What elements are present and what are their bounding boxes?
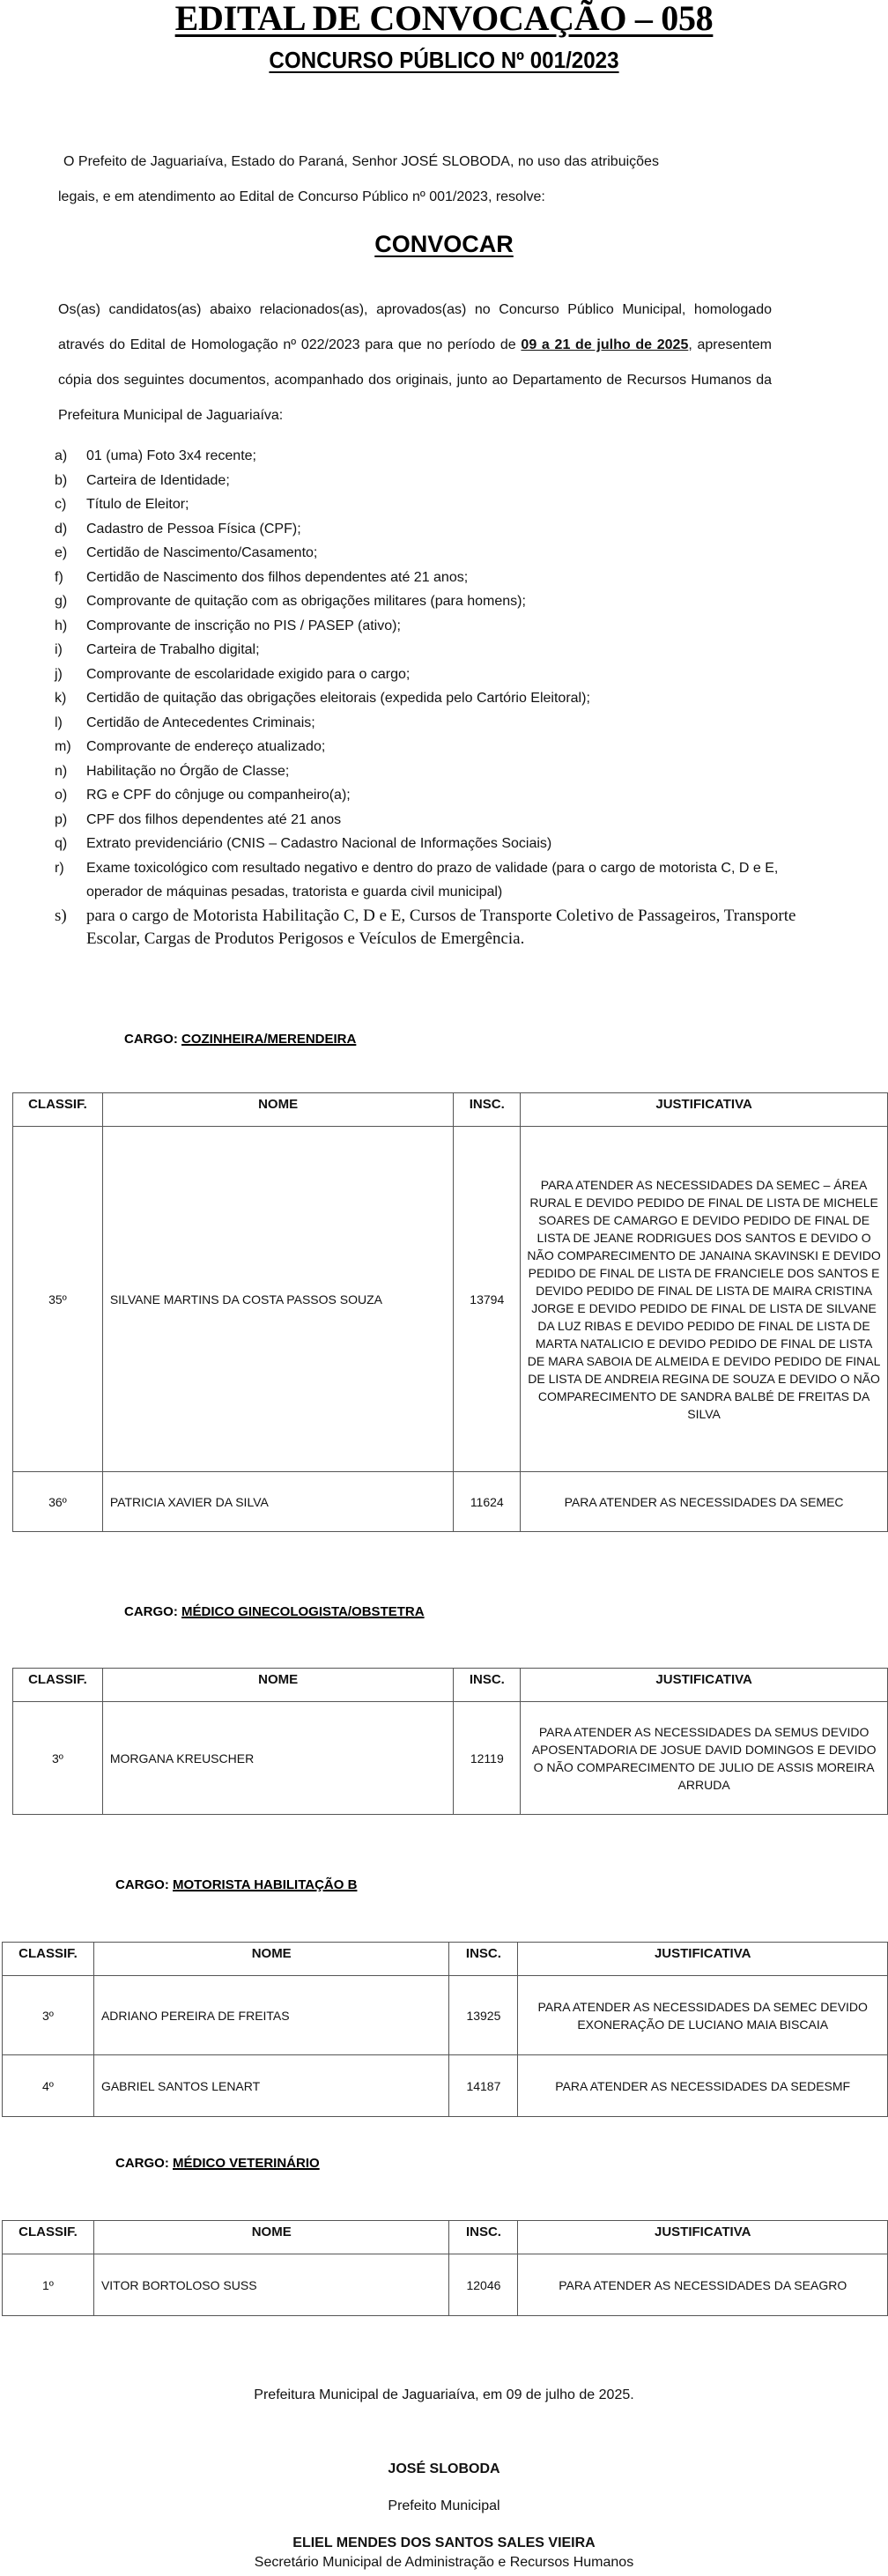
document-item-text: CPF dos filhos dependentes até 21 anos <box>86 808 830 833</box>
column-header-insc: INSC. <box>449 1943 518 1976</box>
document-item-letter: j) <box>55 663 86 687</box>
registration-cell: 12119 <box>454 1702 521 1815</box>
cargo-name: MÉDICO GINECOLOGISTA/OBSTETRA <box>181 1604 425 1619</box>
signer-2-role: Secretário Municipal de Administração e … <box>0 2555 888 2571</box>
classification-cell: 36º <box>13 1472 103 1532</box>
classification-cell: 1º <box>3 2254 94 2316</box>
column-header-justificativa: JUSTIFICATIVA <box>521 1093 888 1127</box>
column-header-nome: NOME <box>102 1093 454 1127</box>
name-cell: SILVANE MARTINS DA COSTA PASSOS SOUZA <box>102 1127 454 1472</box>
document-item-letter: d) <box>55 517 86 542</box>
convocar-heading: CONVOCAR <box>0 229 888 259</box>
document-item: d)Cadastro de Pessoa Física (CPF); <box>55 517 830 542</box>
required-documents-list: a)01 (uma) Foto 3x4 recente;b)Carteira d… <box>55 444 830 951</box>
column-header-classif: CLASSIF. <box>3 2221 94 2254</box>
document-item: h)Comprovante de inscrição no PIS / PASE… <box>55 614 830 639</box>
document-item: m)Comprovante de endereço atualizado; <box>55 735 830 759</box>
justification-cell: PARA ATENDER AS NECESSIDADES DA SEMEC <box>521 1472 888 1532</box>
column-header-nome: NOME <box>102 1669 454 1702</box>
column-header-insc: INSC. <box>449 2221 518 2254</box>
table-row: 1ºVITOR BORTOLOSO SUSS12046PARA ATENDER … <box>3 2254 888 2316</box>
name-cell: ADRIANO PEREIRA DE FREITAS <box>93 1976 449 2055</box>
cargo-prefix: CARGO: <box>124 1032 178 1047</box>
classification-cell: 35º <box>13 1127 103 1472</box>
column-header-classif: CLASSIF. <box>3 1943 94 1976</box>
cargo-heading: CARGO: COZINHEIRA/MERENDEIRA <box>124 1031 356 1048</box>
document-item-text: Carteira de Identidade; <box>86 469 830 493</box>
document-item-text: para o cargo de Motorista Habilitação C,… <box>86 905 830 951</box>
justification-cell: PARA ATENDER AS NECESSIDADES DA SEDESMF <box>518 2055 888 2117</box>
document-item-letter: q) <box>55 832 86 856</box>
document-subtitle: CONCURSO PÚBLICO Nº 001/2023 <box>31 46 856 74</box>
table-row: 4ºGABRIEL SANTOS LENART14187PARA ATENDER… <box>3 2055 888 2117</box>
document-item-text: Carteira de Trabalho digital; <box>86 638 830 663</box>
document-item: a)01 (uma) Foto 3x4 recente; <box>55 444 830 469</box>
signer-2-name: ELIEL MENDES DOS SANTOS SALES VIEIRA <box>0 2535 888 2551</box>
table-header-row: CLASSIF.NOMEINSC.JUSTIFICATIVA <box>3 2221 888 2254</box>
document-item: p)CPF dos filhos dependentes até 21 anos <box>55 808 830 833</box>
document-item-letter: h) <box>55 614 86 639</box>
table-row: 3ºMORGANA KREUSCHER12119PARA ATENDER AS … <box>13 1702 888 1815</box>
document-item: n)Habilitação no Órgão de Classe; <box>55 759 830 784</box>
table-row: 35ºSILVANE MARTINS DA COSTA PASSOS SOUZA… <box>13 1127 888 1472</box>
document-item: f)Certidão de Nascimento dos filhos depe… <box>55 566 830 590</box>
column-header-insc: INSC. <box>454 1669 521 1702</box>
registration-cell: 13925 <box>449 1976 518 2055</box>
document-item-text: RG e CPF do cônjuge ou companheiro(a); <box>86 783 830 808</box>
document-item-letter: g) <box>55 589 86 614</box>
document-item-letter: p) <box>55 808 86 833</box>
document-item-text: Certidão de Antecedentes Criminais; <box>86 711 830 736</box>
table-row: 3ºADRIANO PEREIRA DE FREITAS13925PARA AT… <box>3 1976 888 2055</box>
document-item: c)Título de Eleitor; <box>55 492 830 517</box>
table-header-row: CLASSIF.NOMEINSC.JUSTIFICATIVA <box>13 1093 888 1127</box>
candidates-table: CLASSIF.NOMEINSC.JUSTIFICATIVA1ºVITOR BO… <box>2 2220 888 2316</box>
document-item: q)Extrato previdenciário (CNIS – Cadastr… <box>55 832 830 856</box>
registration-cell: 14187 <box>449 2055 518 2117</box>
document-item: k)Certidão de quitação das obrigações el… <box>55 686 830 711</box>
document-item: o)RG e CPF do cônjuge ou companheiro(a); <box>55 783 830 808</box>
candidates-table: CLASSIF.NOMEINSC.JUSTIFICATIVA3ºMORGANA … <box>12 1668 888 1815</box>
cargo-prefix: CARGO: <box>115 1877 169 1892</box>
document-item-text: Certidão de Nascimento/Casamento; <box>86 541 830 566</box>
document-item: s)para o cargo de Motorista Habilitação … <box>55 905 830 951</box>
document-item-text: Cadastro de Pessoa Física (CPF); <box>86 517 830 542</box>
signer-1-name: JOSÉ SLOBODA <box>0 2461 888 2477</box>
document-item: i)Carteira de Trabalho digital; <box>55 638 830 663</box>
document-item: l)Certidão de Antecedentes Criminais; <box>55 711 830 736</box>
registration-cell: 12046 <box>449 2254 518 2316</box>
cargo-heading: CARGO: MOTORISTA HABILITAÇÃO B <box>115 1876 357 1894</box>
document-item: e)Certidão de Nascimento/Casamento; <box>55 541 830 566</box>
document-item-letter: o) <box>55 783 86 808</box>
column-header-nome: NOME <box>93 1943 449 1976</box>
column-header-classif: CLASSIF. <box>13 1669 103 1702</box>
cargo-heading: CARGO: MÉDICO VETERINÁRIO <box>115 2155 320 2173</box>
table-row: 36ºPATRICIA XAVIER DA SILVA11624PARA ATE… <box>13 1472 888 1532</box>
cargo-name: COZINHEIRA/MERENDEIRA <box>181 1032 356 1047</box>
document-item-text: Título de Eleitor; <box>86 492 830 517</box>
document-item-text: Comprovante de endereço atualizado; <box>86 735 830 759</box>
document-item-text: Certidão de Nascimento dos filhos depend… <box>86 566 830 590</box>
intro-line-2: legais, e em atendimento ao Edital de Co… <box>58 180 772 215</box>
name-cell: VITOR BORTOLOSO SUSS <box>93 2254 449 2316</box>
table-header-row: CLASSIF.NOMEINSC.JUSTIFICATIVA <box>13 1669 888 1702</box>
column-header-justificativa: JUSTIFICATIVA <box>518 1943 888 1976</box>
document-item-letter: i) <box>55 638 86 663</box>
column-header-classif: CLASSIF. <box>13 1093 103 1127</box>
intro-line-1: O Prefeito de Jaguariaíva, Estado do Par… <box>58 144 772 180</box>
document-item-letter: m) <box>55 735 86 759</box>
period-highlight: 09 a 21 de julho de 2025 <box>521 337 688 352</box>
name-cell: PATRICIA XAVIER DA SILVA <box>102 1472 454 1532</box>
cargo-prefix: CARGO: <box>124 1604 178 1619</box>
column-header-justificativa: JUSTIFICATIVA <box>521 1669 888 1702</box>
document-item-letter: e) <box>55 541 86 566</box>
name-cell: MORGANA KREUSCHER <box>102 1702 454 1815</box>
signer-1-role: Prefeito Municipal <box>0 2498 888 2514</box>
document-item-letter: k) <box>55 686 86 711</box>
justification-cell: PARA ATENDER AS NECESSIDADES DA SEAGRO <box>518 2254 888 2316</box>
candidates-table: CLASSIF.NOMEINSC.JUSTIFICATIVA3ºADRIANO … <box>2 1942 888 2117</box>
justification-cell: PARA ATENDER AS NECESSIDADES DA SEMEC DE… <box>518 1976 888 2055</box>
intro-paragraph: O Prefeito de Jaguariaíva, Estado do Par… <box>58 144 772 215</box>
document-item-letter: c) <box>55 492 86 517</box>
candidates-table: CLASSIF.NOMEINSC.JUSTIFICATIVA35ºSILVANE… <box>12 1092 888 1532</box>
document-item-text: 01 (uma) Foto 3x4 recente; <box>86 444 830 469</box>
document-item-letter: f) <box>55 566 86 590</box>
cargo-name: MOTORISTA HABILITAÇÃO B <box>173 1877 357 1892</box>
justification-cell: PARA ATENDER AS NECESSIDADES DA SEMUS DE… <box>521 1702 888 1815</box>
name-cell: GABRIEL SANTOS LENART <box>93 2055 449 2117</box>
document-item-text: Extrato previdenciário (CNIS – Cadastro … <box>86 832 830 856</box>
cargo-name: MÉDICO VETERINÁRIO <box>173 2156 320 2171</box>
document-item-letter: l) <box>55 711 86 736</box>
document-item-letter: n) <box>55 759 86 784</box>
registration-cell: 13794 <box>454 1127 521 1472</box>
classification-cell: 4º <box>3 2055 94 2117</box>
document-item: g)Comprovante de quitação com as obrigaç… <box>55 589 830 614</box>
column-header-insc: INSC. <box>454 1093 521 1127</box>
document-item-text: Comprovante de escolaridade exigido para… <box>86 663 830 687</box>
column-header-justificativa: JUSTIFICATIVA <box>518 2221 888 2254</box>
document-item-letter: s) <box>55 905 86 951</box>
document-item-text: Exame toxicológico com resultado negativ… <box>86 856 830 905</box>
document-item-letter: b) <box>55 469 86 493</box>
document-item: b)Carteira de Identidade; <box>55 469 830 493</box>
document-item-text: Habilitação no Órgão de Classe; <box>86 759 830 784</box>
cargo-heading: CARGO: MÉDICO GINECOLOGISTA/OBSTETRA <box>124 1603 425 1621</box>
document-title: EDITAL DE CONVOCAÇÃO – 058 <box>0 0 888 39</box>
column-header-nome: NOME <box>93 2221 449 2254</box>
document-item-text: Comprovante de inscrição no PIS / PASEP … <box>86 614 830 639</box>
document-item: r)Exame toxicológico com resultado negat… <box>55 856 830 905</box>
cargo-prefix: CARGO: <box>115 2156 169 2171</box>
document-item-text: Comprovante de quitação com as obrigaçõe… <box>86 589 830 614</box>
document-item-letter: r) <box>55 856 86 905</box>
document-item-text: Certidão de quitação das obrigações elei… <box>86 686 830 711</box>
classification-cell: 3º <box>13 1702 103 1815</box>
classification-cell: 3º <box>3 1976 94 2055</box>
table-header-row: CLASSIF.NOMEINSC.JUSTIFICATIVA <box>3 1943 888 1976</box>
document-item-letter: a) <box>55 444 86 469</box>
registration-cell: 11624 <box>454 1472 521 1532</box>
document-item: j)Comprovante de escolaridade exigido pa… <box>55 663 830 687</box>
justification-cell: PARA ATENDER AS NECESSIDADES DA SEMEC – … <box>521 1127 888 1472</box>
convocation-paragraph: Os(as) candidatos(as) abaixo relacionado… <box>58 292 772 433</box>
place-date: Prefeitura Municipal de Jaguariaíva, em … <box>0 2387 888 2403</box>
